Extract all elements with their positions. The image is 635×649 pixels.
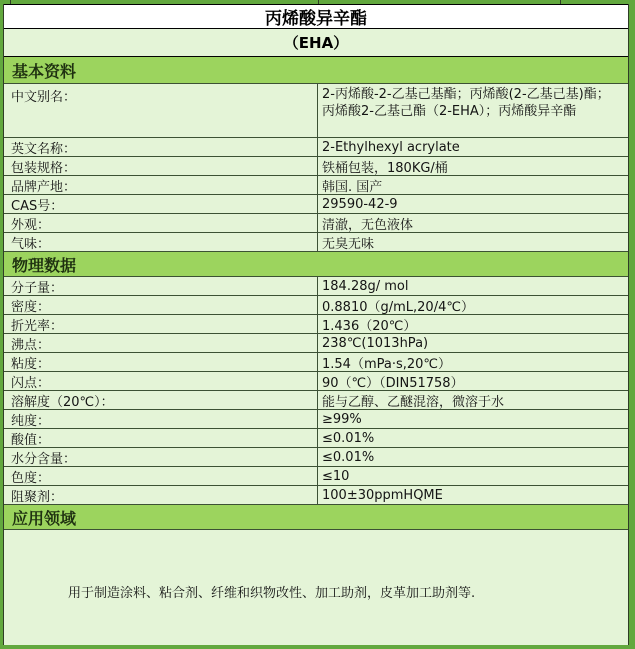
row-value: 1.54（mPa·s,20℃） — [318, 353, 628, 371]
row-value: 90（℃）（DIN51758） — [318, 372, 628, 390]
row-label: 密度： — [4, 296, 318, 314]
table-row: 外观： 清澈，无色液体 — [4, 214, 628, 233]
row-label: 酸值： — [4, 429, 318, 447]
row-value: 1.436（20℃） — [318, 315, 628, 333]
row-label: 品牌产地： — [4, 176, 318, 194]
row-label: 水分含量： — [4, 448, 318, 466]
row-label: 气味： — [4, 233, 318, 251]
section-header-physical-data: 物理数据 — [4, 252, 628, 277]
top-gridline-tick — [560, 0, 561, 4]
row-label: 英文名称： — [4, 138, 318, 156]
row-label: 溶解度（20℃）： — [4, 391, 318, 409]
row-value: ≥99% — [318, 410, 628, 428]
table-row: 沸点： 238℃(1013hPa) — [4, 334, 628, 353]
row-value: 2-Ethylhexyl acrylate — [318, 138, 628, 156]
product-title: 丙烯酸异辛酯 — [4, 4, 628, 29]
row-value: 韩国. 国产 — [318, 176, 628, 194]
table-row: 中文别名： 2-丙烯酸-2-乙基己基酯；丙烯酸(2-乙基己基)酯；丙烯酸2-乙基… — [4, 84, 628, 138]
table-row: 英文名称： 2-Ethylhexyl acrylate — [4, 138, 628, 157]
table-row: 纯度： ≥99% — [4, 410, 628, 429]
top-gridline-tick — [10, 0, 11, 4]
row-label: 闪点： — [4, 372, 318, 390]
row-value: 铁桶包装，180KG/桶 — [318, 157, 628, 175]
product-subtitle: （EHA） — [4, 29, 628, 57]
table-row: 密度： 0.8810（g/mL,20/4℃） — [4, 296, 628, 315]
row-value: 100±30ppmHQME — [318, 486, 628, 504]
table-row: 阻聚剂： 100±30ppmHQME — [4, 486, 628, 505]
row-label: 粘度： — [4, 353, 318, 371]
row-label: 沸点： — [4, 334, 318, 352]
section-header-basic-info: 基本资料 — [4, 57, 628, 84]
row-value: ≤0.01% — [318, 429, 628, 447]
row-value: ≤0.01% — [318, 448, 628, 466]
top-gridline-tick — [318, 0, 319, 4]
row-label: 中文别名： — [4, 84, 318, 137]
table-row: CAS号： 29590-42-9 — [4, 195, 628, 214]
table-row: 闪点： 90（℃）（DIN51758） — [4, 372, 628, 391]
table-row: 气味： 无臭无味 — [4, 233, 628, 252]
row-label: 分子量： — [4, 277, 318, 295]
table-row: 色度： ≤10 — [4, 467, 628, 486]
row-label: CAS号： — [4, 195, 318, 213]
table-row: 分子量： 184.28g/ mol — [4, 277, 628, 296]
table-row: 品牌产地： 韩国. 国产 — [4, 176, 628, 195]
row-label: 纯度： — [4, 410, 318, 428]
row-value: 清澈，无色液体 — [318, 214, 628, 232]
table-row: 折光率： 1.436（20℃） — [4, 315, 628, 334]
row-value: 184.28g/ mol — [318, 277, 628, 295]
row-label: 折光率： — [4, 315, 318, 333]
row-label: 色度： — [4, 467, 318, 485]
row-value: 0.8810（g/mL,20/4℃） — [318, 296, 628, 314]
section-header-application: 应用领域 — [4, 505, 628, 530]
table-row: 包装规格： 铁桶包装，180KG/桶 — [4, 157, 628, 176]
row-value: 29590-42-9 — [318, 195, 628, 213]
row-value: 2-丙烯酸-2-乙基己基酯；丙烯酸(2-乙基己基)酯；丙烯酸2-乙基己酯（2-E… — [318, 84, 628, 137]
datasheet-table: 丙烯酸异辛酯 （EHA） 基本资料 中文别名： 2-丙烯酸-2-乙基己基酯；丙烯… — [3, 4, 629, 645]
application-text: 用于制造涂料、粘合剂、纤维和织物改性、加工助剂，皮革加工助剂等. — [4, 530, 628, 645]
row-value: ≤10 — [318, 467, 628, 485]
row-value: 238℃(1013hPa) — [318, 334, 628, 352]
table-row: 溶解度（20℃）： 能与乙醇、乙醚混溶，微溶于水 — [4, 391, 628, 410]
row-label: 外观： — [4, 214, 318, 232]
table-row: 水分含量： ≤0.01% — [4, 448, 628, 467]
row-label: 包装规格： — [4, 157, 318, 175]
table-row: 酸值： ≤0.01% — [4, 429, 628, 448]
table-row: 粘度： 1.54（mPa·s,20℃） — [4, 353, 628, 372]
row-value: 能与乙醇、乙醚混溶，微溶于水 — [318, 391, 628, 409]
row-label: 阻聚剂： — [4, 486, 318, 504]
datasheet-frame: 丙烯酸异辛酯 （EHA） 基本资料 中文别名： 2-丙烯酸-2-乙基己基酯；丙烯… — [0, 0, 635, 649]
row-value: 无臭无味 — [318, 233, 628, 251]
